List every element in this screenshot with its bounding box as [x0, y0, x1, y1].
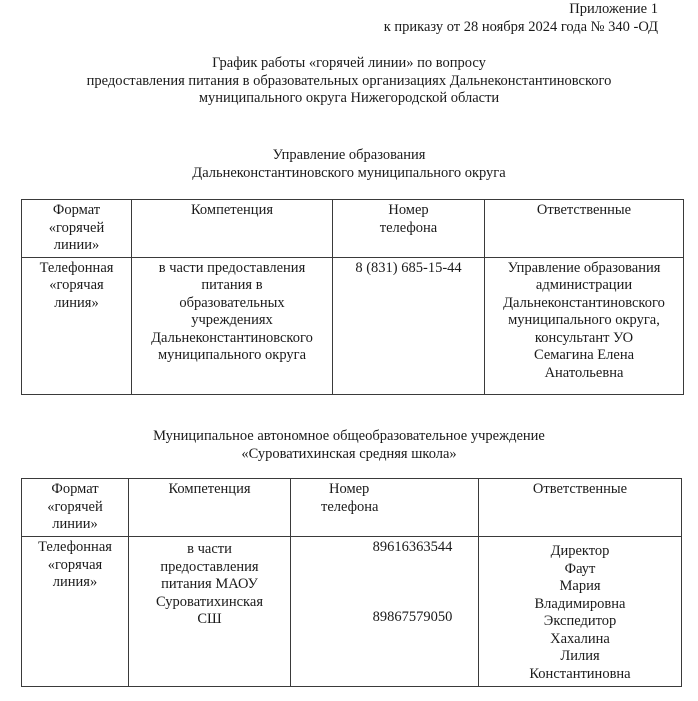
hotline-table-education-department: Формат «горячей линии» Компетенция Номер… [21, 199, 684, 395]
section-heading-line: «Суроватихинская средняя школа» [0, 446, 698, 464]
cell-responsible: Директор Фаут Мария Владимировна Экспеди… [479, 537, 682, 687]
table-row: Телефонная «горячая линия» в части предо… [22, 537, 682, 687]
cell-phone: 8 (831) 685-15-44 [333, 257, 485, 394]
table-header-row: Формат «горячей линии» Компетенция Номер… [22, 200, 684, 258]
header-competence: Компетенция [129, 479, 291, 537]
header-format: Формат «горячей линии» [22, 200, 132, 258]
section-heading-school: Муниципальное автономное общеобразовател… [0, 428, 698, 463]
cell-competence: в части предоставления питания МАОУ Суро… [129, 537, 291, 687]
section-heading-line: Дальнеконстантиновского муниципального о… [0, 165, 698, 183]
section-heading-education-department: Управление образования Дальнеконстантино… [0, 147, 698, 182]
table-header-row: Формат «горячей линии» Компетенция Номер… [22, 479, 682, 537]
document-title: График работы «горячей линии» по вопросу… [0, 55, 698, 108]
cell-format: Телефонная «горячая линия» [22, 537, 129, 687]
appendix-header: Приложение 1 к приказу от 28 ноября 2024… [384, 1, 658, 36]
header-competence: Компетенция [132, 200, 333, 258]
phone-number-director: 89616363544 [351, 539, 474, 557]
header-format: Формат «горячей линии» [22, 479, 129, 537]
appendix-label: Приложение 1 [384, 1, 658, 19]
header-phone: Номер телефона [291, 479, 479, 537]
phone-spacer [351, 557, 474, 609]
cell-phone: 89616363544 89867579050 [291, 537, 479, 687]
table-row: Телефонная «горячая линия» в части предо… [22, 257, 684, 394]
header-responsible: Ответственные [485, 200, 684, 258]
cell-responsible: Управление образования администрации Дал… [485, 257, 684, 394]
title-line: предоставления питания в образовательных… [0, 73, 698, 91]
cell-competence: в части предоставления питания в образов… [132, 257, 333, 394]
cell-format: Телефонная «горячая линия» [22, 257, 132, 394]
phone-number: 8 (831) 685-15-44 [337, 260, 480, 278]
order-reference: к приказу от 28 ноября 2024 года № 340 -… [384, 19, 658, 37]
section-heading-line: Муниципальное автономное общеобразовател… [0, 428, 698, 446]
title-line: муниципального округа Нижегородской обла… [0, 90, 698, 108]
header-phone: Номер телефона [333, 200, 485, 258]
header-responsible: Ответственные [479, 479, 682, 537]
title-line: График работы «горячей линии» по вопросу [0, 55, 698, 73]
phone-number-expeditor: 89867579050 [351, 609, 474, 627]
hotline-table-school: Формат «горячей линии» Компетенция Номер… [21, 478, 682, 687]
section-heading-line: Управление образования [0, 147, 698, 165]
